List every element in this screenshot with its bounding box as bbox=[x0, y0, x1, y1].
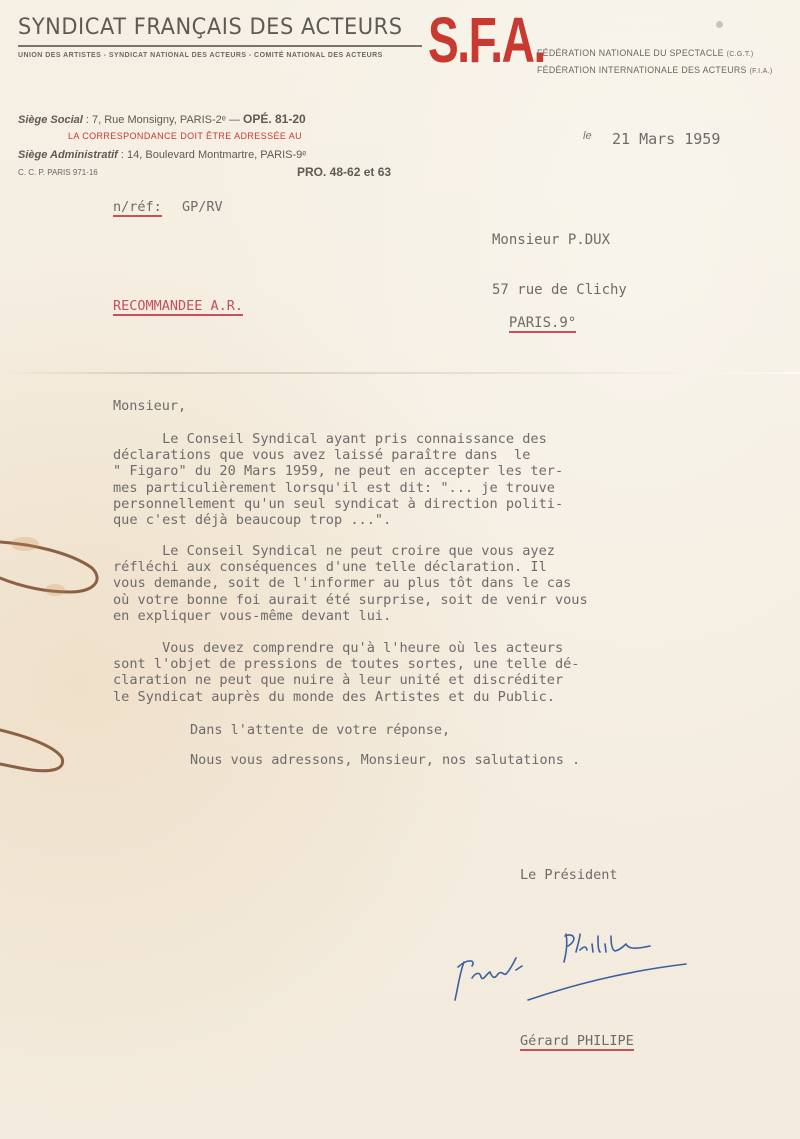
body-paragraph: Le Conseil Syndical ne peut croire que v… bbox=[113, 543, 588, 624]
postal-account: C. C. P. PARIS 971-16 bbox=[18, 168, 98, 177]
registered-mail-notice: RECOMMANDEE A.R. bbox=[113, 298, 243, 316]
date-prefix: le bbox=[583, 130, 592, 142]
head-office-street: : 7, Rue Monsigny, PARIS-2ᵉ — bbox=[83, 114, 243, 126]
head-office-phone: OPÉ. 81-20 bbox=[243, 112, 306, 126]
body-paragraph: Vous devez comprendre qu'à l'heure où le… bbox=[113, 640, 580, 705]
signatory-title: Le Président bbox=[520, 867, 618, 883]
admin-office-address: Siège Administratif : 14, Boulevard Mont… bbox=[18, 149, 306, 161]
reference-label: n/réf: bbox=[113, 199, 162, 217]
head-office-label: Siège Social bbox=[18, 114, 83, 126]
recipient-street: 57 rue de Clichy bbox=[492, 282, 627, 299]
reference-value: GP/RV bbox=[182, 199, 223, 215]
admin-office-label: Siège Administratif bbox=[18, 149, 118, 161]
federation-national-abbr: (C.G.T.) bbox=[727, 51, 754, 58]
body-paragraph: Le Conseil Syndical ayant pris connaissa… bbox=[113, 431, 563, 528]
paper-stain-marks bbox=[0, 530, 110, 780]
closing-line: Dans l'attente de votre réponse, bbox=[190, 722, 450, 738]
closing-salutation: Nous vous adressons, Monsieur, nos salut… bbox=[190, 752, 580, 768]
paper-spot bbox=[716, 21, 723, 28]
admin-office-street: : 14, Boulevard Montmartre, PARIS-9ᵉ bbox=[118, 149, 307, 161]
federation-national-name: FÉDÉRATION NATIONALE DU SPECTACLE bbox=[537, 48, 724, 58]
federation-international-abbr: (F.I.A.) bbox=[749, 68, 772, 75]
head-office-address: Siège Social : 7, Rue Monsigny, PARIS-2ᵉ… bbox=[18, 112, 306, 126]
correspondence-note: LA CORRESPONDANCE DOIT ÊTRE ADRESSÉE AU bbox=[68, 131, 302, 141]
federation-international: FÉDÉRATION INTERNATIONALE DES ACTEURS (F… bbox=[537, 65, 772, 75]
salutation: Monsieur, bbox=[113, 398, 186, 414]
admin-office-phone: PRO. 48-62 et 63 bbox=[297, 165, 391, 179]
organization-subtitle: UNION DES ARTISTES - SYNDICAT NATIONAL D… bbox=[18, 52, 383, 59]
handwritten-signature bbox=[450, 922, 700, 1012]
organization-name: SYNDICAT FRANÇAIS DES ACTEURS bbox=[18, 14, 403, 40]
recipient-address: Monsieur P.DUX 57 rue de Clichy PARIS.9° bbox=[492, 199, 627, 331]
sfa-logo: S.F.A. bbox=[428, 8, 545, 72]
signatory-name: Gérard PHILIPE bbox=[520, 1033, 634, 1051]
letterhead-rule bbox=[18, 45, 422, 47]
federation-international-name: FÉDÉRATION INTERNATIONALE DES ACTEURS bbox=[537, 65, 747, 75]
letter-date: 21 Mars 1959 bbox=[612, 131, 720, 147]
paper-fold-crease bbox=[0, 372, 800, 374]
federation-national: FÉDÉRATION NATIONALE DU SPECTACLE (C.G.T… bbox=[537, 48, 754, 58]
recipient-city: PARIS.9° bbox=[509, 315, 576, 333]
recipient-name: Monsieur P.DUX bbox=[492, 232, 627, 249]
